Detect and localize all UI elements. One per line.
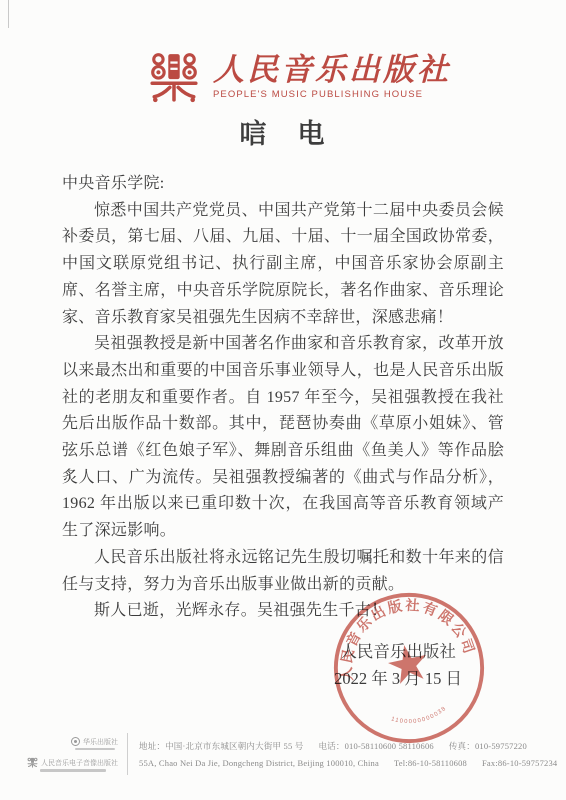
- paragraph-3: 人民音乐出版社将永远铭记先生殷切嘱托和数十年来的信任与支持，努力为音乐出版事业做…: [62, 545, 504, 598]
- svg-text:1100000000038: 1100000000038: [389, 705, 449, 730]
- org-name-english: PEOPLE'S MUSIC PUBLISHING HOUSE: [213, 89, 451, 100]
- audio-visual-press-logo: 人民音乐电子音像出版社: [27, 757, 118, 772]
- letter-body: 中央音乐学院: 惊悉中国共产党党员、中国共产党第十二届中央委员会候补委员，第七届…: [62, 171, 504, 625]
- signature-date: 2022 年 3 月 15 日: [334, 666, 462, 693]
- huayue-logo-caption: [75, 748, 115, 751]
- scan-artifact-line: [8, 0, 9, 28]
- footer-contact-info: 地址：中国·北京市东城区朝内大街甲 55 号 电话：010-58110600 5…: [139, 740, 557, 768]
- address-chinese: 地址：中国·北京市东城区朝内大街甲 55 号: [139, 740, 303, 752]
- brand-block: 人民音乐出版社 PEOPLE'S MUSIC PUBLISHING HOUSE: [213, 54, 451, 101]
- footer-line-english: 55A, Chao Nei Da Jie, Dongcheng District…: [139, 758, 557, 768]
- phone-chinese: 电话：010-58110600 58110606: [318, 740, 433, 752]
- masthead: 人民音乐出版社 PEOPLE'S MUSIC PUBLISHING HOUSE: [16, 50, 566, 104]
- recipient-line: 中央音乐学院:: [62, 171, 504, 198]
- paragraph-2: 吴祖强教授是新中国著名作曲家和音乐教育家，改革开放以来最杰出和重要的中国音乐事业…: [62, 331, 504, 545]
- fax-chinese: 传真：010-59757220: [449, 740, 527, 752]
- huayue-logo: 华乐出版社: [71, 737, 118, 751]
- music-emblem-small-icon: [27, 757, 38, 768]
- signature-org: 人民音乐出版社: [340, 639, 456, 666]
- music-emblem-icon: [147, 50, 201, 104]
- condolence-letter-page: 人民音乐出版社 PEOPLE'S MUSIC PUBLISHING HOUSE …: [0, 0, 566, 800]
- audio-visual-press-caption: [40, 769, 106, 772]
- fax-english: Fax:86-10-59757234: [482, 758, 557, 768]
- footer: 华乐出版社 人民音乐电子音像出版社: [26, 733, 552, 775]
- tel-english: Tel:86-10-58110608: [394, 758, 467, 768]
- footer-logos: 华乐出版社 人民音乐电子音像出版社: [26, 737, 118, 772]
- huayue-logo-name: 华乐出版社: [83, 737, 118, 747]
- seal-serial-number: 1100000000038: [389, 705, 449, 730]
- signature-block: 人民音乐出版社 2022 年 3 月 15 日: [334, 639, 462, 692]
- footer-divider: [127, 733, 128, 775]
- paragraph-1: 惊悉中国共产党党员、中国共产党第十二届中央委员会候补委员，第七届、八届、九届、十…: [62, 198, 504, 332]
- footer-line-chinese: 地址：中国·北京市东城区朝内大街甲 55 号 电话：010-58110600 5…: [139, 740, 557, 752]
- audio-visual-press-name: 人民音乐电子音像出版社: [41, 758, 118, 768]
- address-english: 55A, Chao Nei Da Jie, Dongcheng District…: [139, 758, 379, 768]
- paragraph-4: 斯人已逝，光辉永存。吴祖强先生千古！: [62, 598, 504, 625]
- document-title: 唁 电: [0, 112, 566, 151]
- org-name-chinese: 人民音乐出版社: [213, 54, 451, 87]
- huayue-logo-icon: [71, 737, 80, 746]
